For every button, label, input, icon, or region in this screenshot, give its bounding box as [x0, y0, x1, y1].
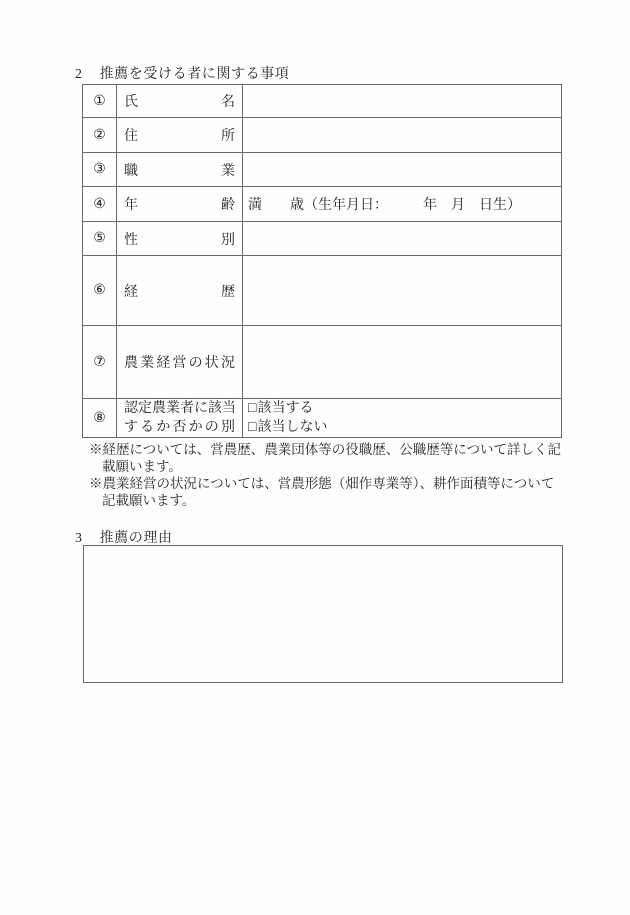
row-2-value-cell: [243, 118, 562, 153]
table-row-farm-management: ⑦ 農業経営の状況: [83, 326, 562, 399]
section-3-heading: 3推薦の理由: [75, 527, 173, 547]
table-row-career: ⑥ 経歴: [83, 256, 562, 326]
row-1-label-name: 氏名: [117, 85, 243, 118]
row-6-value-cell: [243, 256, 562, 326]
row-2-label-address: 住所: [117, 118, 243, 153]
section-2-title: 推薦を受ける者に関する事項: [100, 67, 290, 82]
checkbox-option-not-applicable: □該当しない: [248, 418, 556, 437]
section-2-number: 2: [75, 67, 83, 82]
section-3-number: 3: [75, 531, 83, 546]
table-row-address: ② 住所: [83, 118, 562, 153]
table-row-sex: ⑤ 性別: [83, 222, 562, 256]
row-5-value-cell: [243, 222, 562, 256]
row-8-checkbox-cell: □該当する □該当しない: [243, 399, 562, 438]
row-7-label-farm-management: 農業経営の状況: [117, 326, 243, 399]
checkbox-icon: □: [248, 401, 256, 416]
row-7-value-cell: [243, 326, 562, 399]
document-page: 2推薦を受ける者に関する事項 ① 氏名 ② 住所 ③ 職業 ④ 年齢 満 歳（生…: [0, 0, 630, 915]
note-career-line-1: ※経歴については、営農歴、農業団体等の役職歴、公職歴等について詳しく記: [89, 441, 561, 458]
row-5-number: ⑤: [83, 222, 117, 256]
row-4-number: ④: [83, 187, 117, 222]
row-3-value-cell: [243, 153, 562, 187]
checkbox-label-applicable: 該当する: [257, 401, 313, 416]
table-row-occupation: ③ 職業: [83, 153, 562, 187]
recommendation-reason-box: [83, 545, 563, 683]
age-birthdate-template-text: 満 歳（生年月日： 年 月 日生）: [248, 198, 521, 213]
row-8-number: ⑧: [83, 399, 117, 438]
note-farm-management-line-2: 記載願います。: [89, 492, 561, 509]
row-3-number: ③: [83, 153, 117, 187]
row-2-number: ②: [83, 118, 117, 153]
row-4-value-cell: 満 歳（生年月日： 年 月 日生）: [243, 187, 562, 222]
row-7-number: ⑦: [83, 326, 117, 399]
recommended-person-table: ① 氏名 ② 住所 ③ 職業 ④ 年齢 満 歳（生年月日： 年 月 日生） ⑤ …: [82, 84, 562, 438]
checkbox-label-not-applicable: 該当しない: [257, 420, 327, 435]
note-farm-management-line-1: ※農業経営の状況については、営農形態（畑作専業等）、耕作面積等について: [89, 475, 561, 492]
table-row-certified-farmer: ⑧ 認定農業者に該当 するか否かの別 □該当する □該当しない: [83, 399, 562, 438]
table-row-age: ④ 年齢 満 歳（生年月日： 年 月 日生）: [83, 187, 562, 222]
section-3-title: 推薦の理由: [100, 531, 173, 546]
checkbox-option-applicable: □該当する: [248, 399, 556, 418]
row-8-label-certified-farmer: 認定農業者に該当 するか否かの別: [117, 399, 243, 438]
section-2-heading: 2推薦を受ける者に関する事項: [75, 63, 289, 83]
row-1-number: ①: [83, 85, 117, 118]
table-row-name: ① 氏名: [83, 85, 562, 118]
row-1-value-cell: [243, 85, 562, 118]
row-5-label-sex: 性別: [117, 222, 243, 256]
footnotes: ※経歴については、営農歴、農業団体等の役職歴、公職歴等について詳しく記 載願いま…: [89, 441, 561, 509]
row-3-label-occupation: 職業: [117, 153, 243, 187]
row-4-label-age: 年齢: [117, 187, 243, 222]
row-6-label-career: 経歴: [117, 256, 243, 326]
row-6-number: ⑥: [83, 256, 117, 326]
checkbox-icon: □: [248, 420, 256, 435]
note-career-line-2: 載願います。: [89, 458, 561, 475]
